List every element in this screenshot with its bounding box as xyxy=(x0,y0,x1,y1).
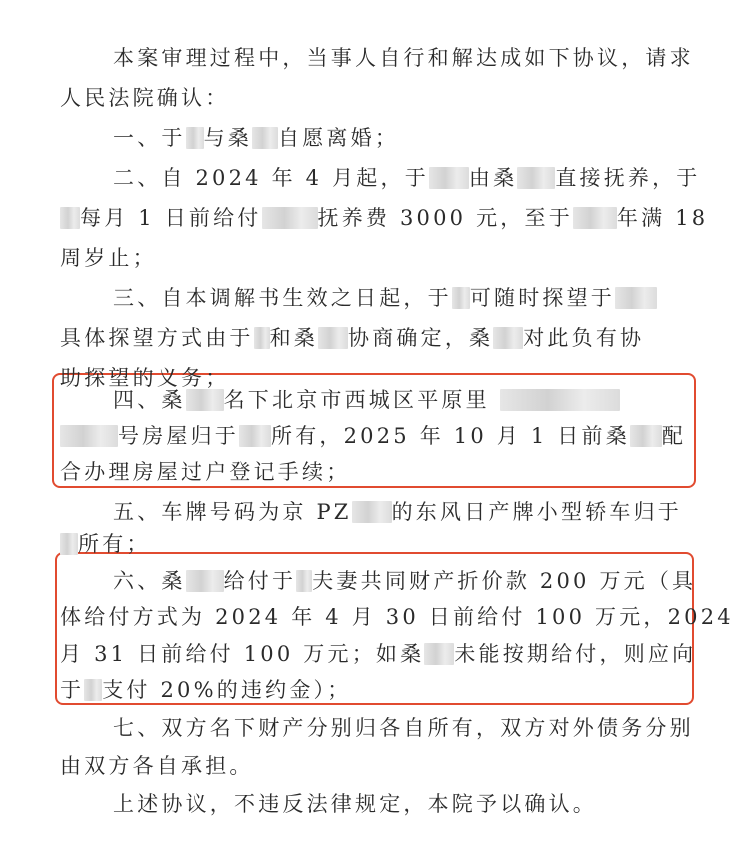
clause-2-line-2: 每月 1 日前给付抚养费 3000 元，至于年满 18 xyxy=(60,204,708,232)
paragraph-intro-line-1: 本案审理过程中，当事人自行和解达成如下协议，请求 xyxy=(113,44,694,72)
clause-4-line-1: 四、桑名下北京市西城区平原里 xyxy=(113,386,620,414)
redacted-name xyxy=(517,167,555,189)
text: 本案审理过程中，当事人自行和解达成如下协议，请求 xyxy=(113,46,694,70)
text: 一、于 xyxy=(113,126,186,150)
clause-5-line-1: 五、车牌号码为京 PZ的东风日产牌小型轿车归于 xyxy=(113,498,682,526)
clause-6-line-2: 体给付方式为 2024 年 4 月 30 日前给付 100 万元，2024 年 … xyxy=(60,603,737,631)
text: 六、桑 xyxy=(113,569,186,593)
text: 由双方各自承担。 xyxy=(60,754,254,778)
clause-7-line-2: 由双方各自承担。 xyxy=(60,752,254,780)
closing-statement: 上述协议，不违反法律规定，本院予以确认。 xyxy=(113,790,597,818)
clause-4-line-3: 合办理房屋过户登记手续； xyxy=(60,458,350,486)
clause-1-line-1: 一、于与桑自愿离婚； xyxy=(113,124,399,152)
text: 对此负有协 xyxy=(523,326,644,350)
text: 由桑 xyxy=(469,166,517,190)
text: 直接抚养，于 xyxy=(555,166,700,190)
text: 名下北京市西城区平原里 xyxy=(224,388,490,412)
text: 抚养费 3000 元，至于 xyxy=(318,206,573,230)
text: 夫妻共同财产折价款 200 万元（具 xyxy=(312,569,696,593)
redacted-name xyxy=(186,127,204,149)
clause-2-line-3: 周岁止； xyxy=(60,244,157,272)
redacted-name xyxy=(318,327,348,349)
text: 给付于 xyxy=(224,569,297,593)
redacted-name xyxy=(573,207,617,229)
text: 具体探望方式由于 xyxy=(60,326,254,350)
text: 体给付方式为 2024 年 4 月 30 日前给付 100 万元，2024 年 … xyxy=(60,605,737,629)
redacted-name xyxy=(254,327,270,349)
redacted-name xyxy=(186,570,224,592)
redacted-address xyxy=(500,389,620,411)
text: 三、自本调解书生效之日起，于 xyxy=(113,286,452,310)
redacted-name xyxy=(424,643,454,665)
text: 每月 1 日前给付 xyxy=(80,206,262,230)
text: 人民法院确认： xyxy=(60,86,229,110)
text: 自愿离婚； xyxy=(278,126,399,150)
redacted-name xyxy=(252,127,278,149)
clause-7-line-1: 七、双方名下财产分别归各自所有，双方对外债务分别 xyxy=(113,714,694,742)
text: 协商确定，桑 xyxy=(348,326,493,350)
text: 支付 20%的违约金）； xyxy=(102,678,351,702)
redacted-name xyxy=(186,389,224,411)
text: 和桑 xyxy=(270,326,318,350)
text: 五、车牌号码为京 PZ xyxy=(113,500,352,524)
redacted-name xyxy=(84,679,102,701)
redacted-plate xyxy=(352,501,392,523)
clause-3-line-2: 具体探望方式由于和桑协商确定，桑对此负有协 xyxy=(60,324,644,352)
text: 周岁止； xyxy=(60,246,157,270)
redacted-name xyxy=(262,207,318,229)
redacted-name xyxy=(429,167,469,189)
text: 所有； xyxy=(78,532,151,556)
clause-4-line-2: 号房屋归于所有，2025 年 10 月 1 日前桑配 xyxy=(60,422,686,450)
text: 与桑 xyxy=(204,126,252,150)
text: 所有，2025 年 10 月 1 日前桑 xyxy=(271,424,630,448)
redacted-name xyxy=(296,570,312,592)
redacted-name xyxy=(615,287,657,309)
redacted-address xyxy=(60,425,118,447)
text: 合办理房屋过户登记手续； xyxy=(60,460,350,484)
text: 年满 18 xyxy=(617,206,708,230)
redacted-name xyxy=(630,425,662,447)
text: 的东风日产牌小型轿车归于 xyxy=(392,500,682,524)
clause-6-line-3: 月 31 日前给付 100 万元；如桑未能按期给付，则应向 xyxy=(60,640,696,668)
clause-3-line-1: 三、自本调解书生效之日起，于可随时探望于 xyxy=(113,284,657,312)
text: 号房屋归于 xyxy=(118,424,239,448)
text: 可随时探望于 xyxy=(470,286,615,310)
text: 四、桑 xyxy=(113,388,186,412)
redacted-name xyxy=(60,533,78,555)
clause-2-line-1: 二、自 2024 年 4 月起，于由桑直接抚养，于 xyxy=(113,164,701,192)
redacted-name xyxy=(60,207,80,229)
text: 七、双方名下财产分别归各自所有，双方对外债务分别 xyxy=(113,716,694,740)
clause-6-line-1: 六、桑给付于夫妻共同财产折价款 200 万元（具 xyxy=(113,567,696,595)
redacted-name xyxy=(239,425,271,447)
text: 于 xyxy=(60,678,84,702)
text: 上述协议，不违反法律规定，本院予以确认。 xyxy=(113,792,597,816)
text: 二、自 2024 年 4 月起，于 xyxy=(113,166,429,190)
redacted-name xyxy=(452,287,470,309)
text: 月 31 日前给付 100 万元；如桑 xyxy=(60,642,424,666)
text: 配 xyxy=(662,424,686,448)
clause-5-line-2: 所有； xyxy=(60,530,151,558)
text: 未能按期给付，则应向 xyxy=(454,642,696,666)
clause-6-line-4: 于支付 20%的违约金）； xyxy=(60,676,351,704)
paragraph-intro-line-2: 人民法院确认： xyxy=(60,84,229,112)
redacted-name xyxy=(493,327,523,349)
